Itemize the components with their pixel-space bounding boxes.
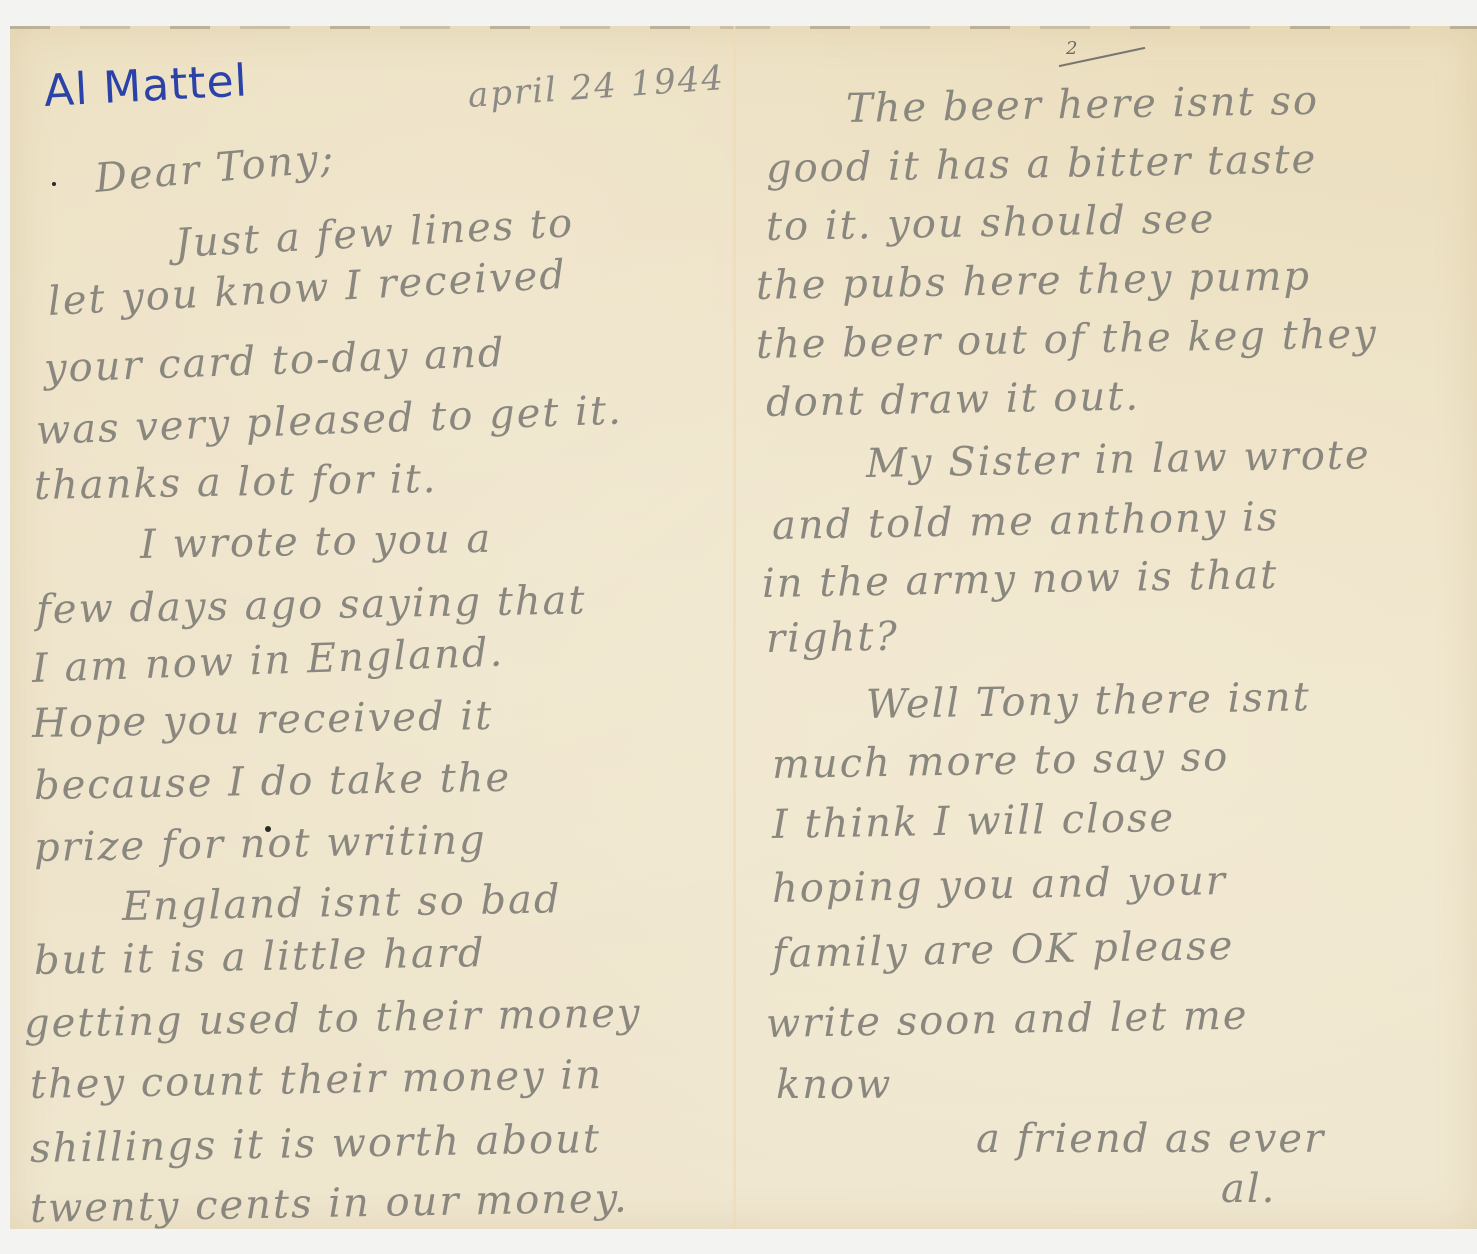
letter-signature: al.: [1221, 1166, 1276, 1212]
ink-dot: [265, 826, 271, 832]
letter-line: The beer here isnt so: [846, 78, 1320, 132]
page-number: 2: [1066, 38, 1079, 59]
letter-line: I think I will close: [772, 795, 1176, 848]
letter-line: prize for not writing: [34, 817, 487, 871]
letter-line: thanks a lot for it.: [34, 456, 438, 509]
letter-line: England isnt so bad: [122, 876, 562, 930]
salutation: Dear Tony;: [93, 135, 337, 202]
letter-line: the pubs here they pump: [756, 253, 1312, 309]
letter-line: the beer out of the keg they: [756, 311, 1379, 368]
letter-line: Well Tony there isnt: [866, 674, 1311, 728]
letter-line: let you know I received: [47, 252, 568, 325]
letter-line: and told me anthony is: [772, 494, 1280, 549]
left-page: Al Mattel april 24 1944 Dear Tony; Just …: [10, 26, 733, 1229]
letter-line: getting used to their money: [24, 990, 642, 1047]
letter-line: write soon and let me: [766, 993, 1249, 1047]
letter-line: I am now in England.: [31, 630, 505, 692]
letter-line: shillings it is worth about: [30, 1116, 602, 1172]
letter-line: twenty cents in our money.: [30, 1176, 629, 1232]
letter-line: hoping you and your: [772, 858, 1228, 912]
letter-date: april 24 1944: [467, 58, 727, 116]
letter-line: in the army now is that: [762, 552, 1279, 607]
ink-dot: [52, 182, 56, 186]
letter-line: dont draw it out.: [766, 373, 1141, 426]
letter-line: I wrote to you a: [140, 516, 493, 568]
letter-line: they count their money in: [30, 1052, 604, 1108]
letter-line: but it is a little hard: [34, 930, 486, 984]
letter-line: because I do take the: [34, 755, 512, 809]
letter-line: right?: [766, 614, 900, 662]
scanned-letter: Al Mattel april 24 1944 Dear Tony; Just …: [0, 0, 1477, 1254]
letter-line: to it. you should see: [766, 196, 1216, 250]
letter-line: few days ago saying that: [36, 577, 587, 633]
letter-line: family are OK please: [772, 923, 1235, 977]
letter-closing: a friend as ever: [976, 1116, 1325, 1162]
letter-line: My Sister in law wrote: [866, 432, 1371, 487]
right-page: 2 The beer here isnt so good it has a bi…: [736, 26, 1477, 1229]
annotation-name: Al Mattel: [43, 55, 249, 117]
letter-line: your card to-day and: [43, 330, 506, 392]
letter-line: was very pleased to get it.: [35, 388, 623, 454]
letter-line: much more to say so: [772, 734, 1230, 788]
letter-paper: Al Mattel april 24 1944 Dear Tony; Just …: [10, 26, 1477, 1229]
letter-line: Hope you received it: [32, 693, 494, 747]
letter-line: good it has a bitter taste: [766, 136, 1318, 192]
letter-line: know: [776, 1062, 892, 1108]
